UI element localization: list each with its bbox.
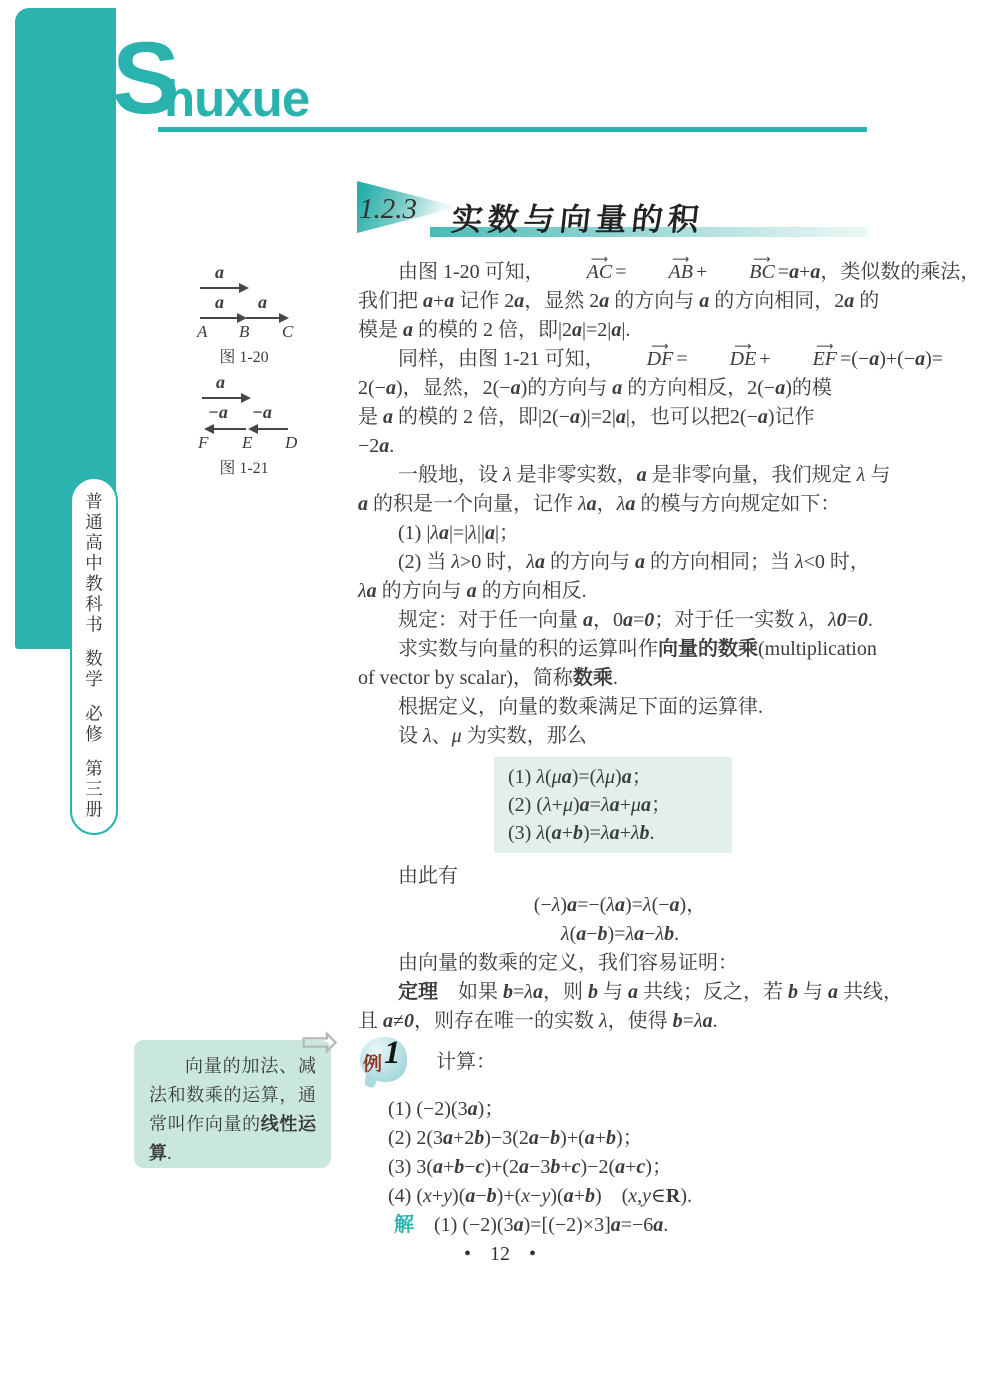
spine-text-series: 普通高中教科书 xyxy=(82,492,107,636)
example-badge: 例 1 xyxy=(358,1037,410,1084)
fig2-arrow-ef xyxy=(213,428,246,430)
text-line: 2(−a)，显然，2(−a)的方向与 a 的方向相反，2(−a)的模 xyxy=(358,374,882,403)
fig2-seg2-label: −a xyxy=(252,402,272,423)
fig2-top-arrow xyxy=(202,397,242,399)
text-line: 由此有 xyxy=(358,862,882,891)
text-line: (1) |λa|=|λ||a|； xyxy=(358,519,882,548)
fig2-point-d: D xyxy=(285,433,297,453)
example-badge-number: 1 xyxy=(384,1039,401,1068)
fig2-caption: 图 1-21 xyxy=(196,455,292,478)
fig1-point-b: B xyxy=(239,322,249,342)
text-line: 是 a 的模的 2 倍，即|2(−a)|=2|a|，也可以把2(−a)记作 xyxy=(358,403,882,432)
spine-text-subject: 数学 xyxy=(82,649,107,690)
text-line: 解 (1) (−2)(3a)=[(−2)×3]a=−6a. xyxy=(358,1211,898,1240)
text-line: 同样，由图 1-21 可知，DF=DE+EF=(−a)+(−a)= xyxy=(358,345,882,374)
text-line: 定理 如果 b=λa，则 b 与 a 共线；反之，若 b 与 a 共线， xyxy=(358,978,882,1007)
text-line: −2a. xyxy=(358,432,882,461)
text-line: λa 的方向与 a 的方向相反. xyxy=(358,577,882,606)
text-line: 由图 1-20 可知，AC=AB+BC=a+a，类似数的乘法， xyxy=(358,258,882,287)
example-1-block: 例 1 计算： (1) (−2)(3a)；(2) 2(3a+2b)−3(2a−b… xyxy=(358,1034,898,1240)
text-line: (2) 2(3a+2b)−3(2a−b)+(a+b)； xyxy=(358,1124,898,1153)
text-line: λ(a−b)=λa−λb. xyxy=(358,920,882,949)
text-line: 且 a≠0，则存在唯一的实数 λ，使得 b=λa. xyxy=(358,1007,882,1036)
text-line: of vector by scalar)，简称数乘. xyxy=(358,664,882,693)
main-text-column: 由图 1-20 可知，AC=AB+BC=a+a，类似数的乘法，我们把 a+a 记… xyxy=(358,258,882,1036)
example-badge-label: 例 xyxy=(363,1050,382,1079)
text-line: 由向量的数乘的定义，我们容易证明： xyxy=(358,949,882,978)
example-header: 例 1 计算： xyxy=(358,1034,898,1086)
book-spine-label: 普通高中教科书 数学 必修 第三册 xyxy=(70,477,118,835)
fig2-top-vector-label: a xyxy=(216,372,225,393)
fig1-top-vector-label: a xyxy=(215,262,224,283)
fig1-seg2-label: a xyxy=(258,292,267,313)
logo-text: huxue xyxy=(164,74,309,124)
example-lines: (1) (−2)(3a)；(2) 2(3a+2b)−3(2a−b)+(a+b)；… xyxy=(358,1095,898,1240)
fig1-top-arrow xyxy=(200,287,240,289)
text-line: 求实数与向量的积的运算叫作向量的数乘(multiplication xyxy=(358,635,882,664)
text-line: (2) 当 λ>0 时，λa 的方向与 a 的方向相同；当 λ<0 时， xyxy=(358,548,882,577)
text-line: a 的积是一个向量，记作 λa，λa 的模与方向规定如下： xyxy=(358,490,882,519)
text-line: (2) (λ+μ)a=λa+μa； xyxy=(508,791,732,819)
spine-text-volume: 第三册 xyxy=(82,759,107,821)
section-number: 1.2.3 xyxy=(359,193,417,226)
note-arrow-icon: ⇨ xyxy=(301,1018,340,1064)
header-rule xyxy=(158,127,867,132)
text-line: (3) 3(a+b−c)+(2a−3b+c)−2(a+c)； xyxy=(358,1153,898,1182)
fig1-point-a: A xyxy=(197,322,207,342)
scalar-law-box: (1) λ(μa)=(λμ)a；(2) (λ+μ)a=λa+μa；(3) λ(a… xyxy=(494,757,732,853)
fig1-seg1-label: a xyxy=(215,292,224,313)
fig1-caption: 图 1-20 xyxy=(196,344,292,367)
text-line: (1) λ(μa)=(λμ)a； xyxy=(508,763,732,791)
fig2-point-e: E xyxy=(242,433,252,453)
fig2-arrow-de xyxy=(257,428,288,430)
fig2-seg1-label: −a xyxy=(208,402,228,423)
fig2-point-f: F xyxy=(198,433,208,453)
text-line: (1) (−2)(3a)； xyxy=(358,1095,898,1124)
text-line: 规定：对于任一向量 a，0a=0；对于任一实数 λ，λ0=0. xyxy=(358,606,882,635)
after-box-paragraphs: 由此有(−λ)a=−(λa)=λ(−a)，λ(a−b)=λa−λb.由向量的数乘… xyxy=(358,862,882,1036)
fig1-point-c: C xyxy=(282,322,293,342)
fig1-arrow-ab xyxy=(200,317,238,319)
text-line: (4) (x+y)(a−b)+(x−y)(a+b) (x,y∈R). xyxy=(358,1182,898,1211)
text-line: (−λ)a=−(λa)=λ(−a)， xyxy=(358,891,882,920)
text-line: 根据定义，向量的数乘满足下面的运算律. xyxy=(358,693,882,722)
text-line: (3) λ(a+b)=λa+λb. xyxy=(508,819,732,847)
fig1-arrow-bc xyxy=(246,317,280,319)
text-line: 一般地，设 λ 是非零实数，a 是非零向量，我们规定 λ 与 xyxy=(358,461,882,490)
body-paragraphs: 由图 1-20 可知，AC=AB+BC=a+a，类似数的乘法，我们把 a+a 记… xyxy=(358,258,882,751)
spine-text-level: 必修 xyxy=(82,704,107,745)
page-number: • 12 • xyxy=(0,1243,1000,1266)
example-title: 计算： xyxy=(436,1044,496,1077)
text-line: 我们把 a+a 记作 2a，显然 2a 的方向与 a 的方向相同，2a 的 xyxy=(358,287,882,316)
text-line: 设 λ、μ 为实数，那么 xyxy=(358,722,882,751)
section-title: 实数与向量的积 xyxy=(450,194,707,239)
